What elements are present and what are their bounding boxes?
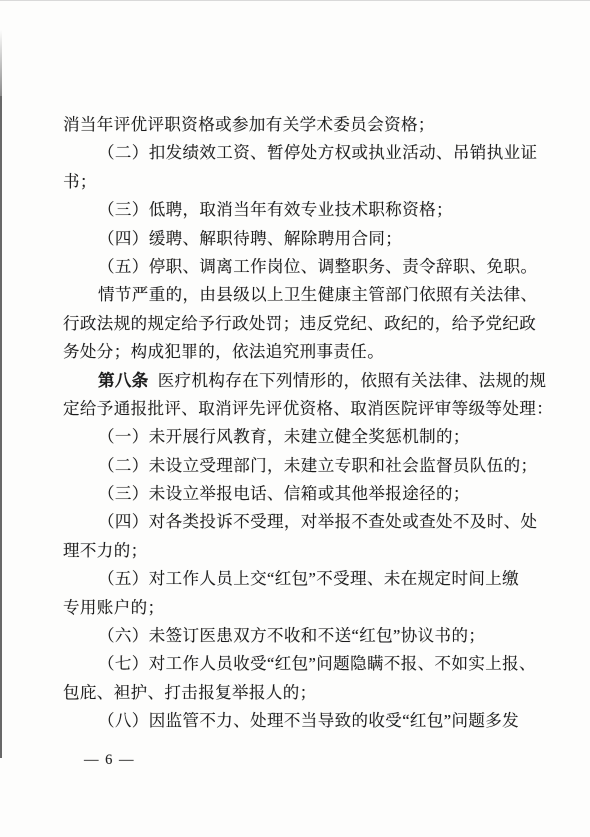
text-line: （八）因监管不力、处理不当导致的收受“红包”问题多发 [63,707,529,735]
scan-edge-left-line [0,96,2,758]
text-segment: 包庇、袒护、打击报复举报人的； [63,683,317,702]
text-segment: 务处分；构成犯罪的，依法追究刑事责任。 [63,342,384,361]
page-number: — 6 — [84,752,135,769]
document-page: 消当年评优评职资格或参加有关学术委员会资格；（二）扣发绩效工资、暂停处方权或执业… [0,0,590,837]
text-line: （三）低聘，取消当年有效专业技术职称资格； [63,196,529,224]
text-line: （二）未设立受理部门，未建立专职和社会监督员队伍的； [63,452,529,480]
text-line: 理不力的； [63,537,529,565]
text-segment: 消当年评优评职资格或参加有关学术委员会资格； [63,115,435,134]
text-segment: 情节严重的，由县级以上卫生健康主管部门依照有关法律、 [98,285,537,304]
text-line: （四）对各类投诉不受理，对举报不查处或查处不及时、处 [63,508,529,536]
text-line: （五）停职、调离工作岗位、调整职务、责令辞职、免职。 [63,253,529,281]
text-segment: 医疗机构存在下列情形的，依照有关法律、法规的规 [158,371,547,390]
article-number: 第八条 [98,371,149,390]
text-segment: （四）对各类投诉不受理，对举报不查处或查处不及时、处 [98,512,537,531]
text-line: （七）对工作人员收受“红包”问题隐瞒不报、不如实上报、 [63,650,529,678]
scan-edge-top-line [0,0,590,1]
text-segment: （五）对工作人员上交“红包”不受理、未在规定时间上缴 [98,569,519,588]
text-segment: 定给予通报批评、取消评先评优资格、取消医院评审等级等处理： [63,399,553,418]
scan-edge-left-fade [0,30,2,96]
text-line: 务处分；构成犯罪的，依法追究刑事责任。 [63,338,529,366]
text-line: 第八条医疗机构存在下列情形的，依照有关法律、法规的规 [63,367,529,395]
document-body: 消当年评优评职资格或参加有关学术委员会资格；（二）扣发绩效工资、暂停处方权或执业… [63,111,529,736]
text-line: 包庇、袒护、打击报复举报人的； [63,679,529,707]
text-segment: （三）低聘，取消当年有效专业技术职称资格； [98,200,453,219]
text-line: （六）未签订医患双方不收和不送“红包”协议书的； [63,622,529,650]
text-segment: （一）未开展行风教育，未建立健全奖惩机制的； [98,427,470,446]
text-line: 情节严重的，由县级以上卫生健康主管部门依照有关法律、 [63,281,529,309]
text-segment: 书； [63,172,97,191]
text-segment: （五）停职、调离工作岗位、调整职务、责令辞职、免职。 [98,257,537,276]
text-segment: （二）未设立受理部门，未建立专职和社会监督员队伍的； [98,456,537,475]
text-segment: （七）对工作人员收受“红包”问题隐瞒不报、不如实上报、 [98,654,536,673]
text-line: 消当年评优评职资格或参加有关学术委员会资格； [63,111,529,139]
text-line: （一）未开展行风教育，未建立健全奖惩机制的； [63,423,529,451]
text-line: 行政法规的规定给予行政处罚；违反党纪、政纪的，给予党纪政 [63,310,529,338]
text-segment: （六）未签订医患双方不收和不送“红包”协议书的； [98,626,485,645]
text-line: （三）未设立举报电话、信箱或其他举报途径的； [63,480,529,508]
text-segment: （三）未设立举报电话、信箱或其他举报途径的； [98,484,470,503]
text-line: （五）对工作人员上交“红包”不受理、未在规定时间上缴 [63,565,529,593]
text-segment: （八）因监管不力、处理不当导致的收受“红包”问题多发 [98,711,519,730]
text-segment: 理不力的； [63,541,148,560]
text-segment: 行政法规的规定给予行政处罚；违反党纪、政纪的，给予党纪政 [63,314,536,333]
text-segment: 专用账户的； [63,598,164,617]
text-segment: （四）缓聘、解职待聘、解除聘用合同； [98,229,402,248]
text-line: （二）扣发绩效工资、暂停处方权或执业活动、吊销执业证 [63,139,529,167]
text-line: 专用账户的； [63,594,529,622]
text-line: 书； [63,168,529,196]
text-line: 定给予通报批评、取消评先评优资格、取消医院评审等级等处理： [63,395,529,423]
text-segment: （二）扣发绩效工资、暂停处方权或执业活动、吊销执业证 [98,143,537,162]
text-line: （四）缓聘、解职待聘、解除聘用合同； [63,225,529,253]
